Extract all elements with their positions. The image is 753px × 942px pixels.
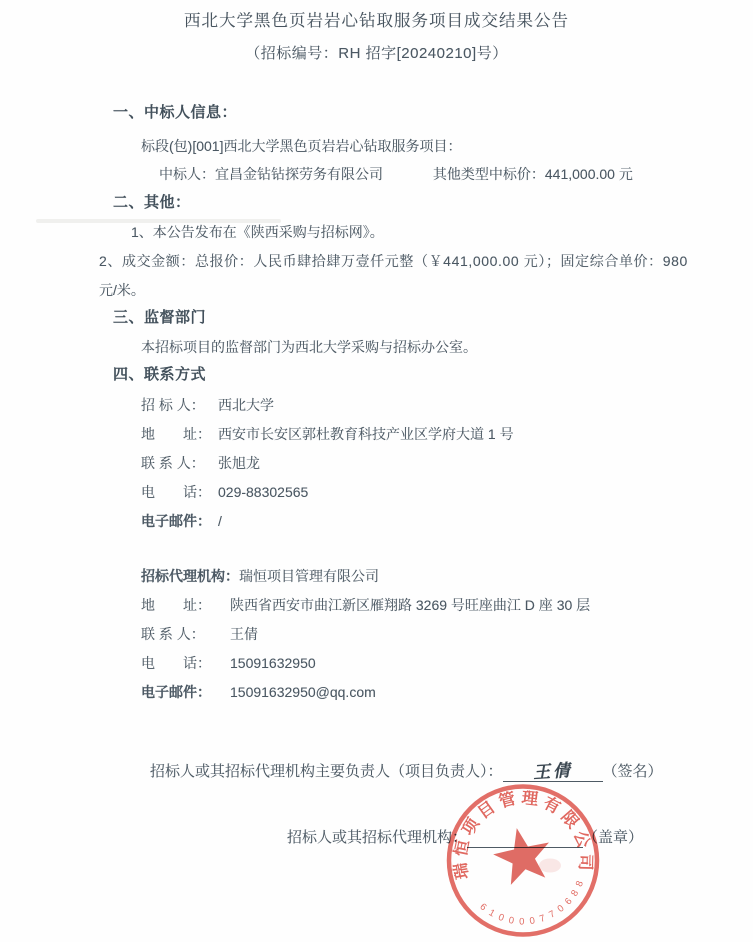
contact-value: 15091632950 (230, 655, 316, 671)
scan-artifact (36, 219, 281, 223)
company-seal: 瑞恒项目管理有限公司 610000770688 (433, 775, 615, 942)
contact-label: 联 系 人： (141, 453, 218, 473)
supervision-body: 本招标项目的监督部门为西北大学采购与招标办公室。 (141, 337, 477, 357)
contact-label: 电 话： (141, 482, 218, 502)
contact-value: 029-88302565 (218, 484, 308, 500)
contact-value: 张旭龙 (218, 455, 260, 471)
contact-label: 地 址： (141, 595, 218, 615)
contact-row-tenderer-person: 联 系 人：张旭龙 (141, 453, 260, 473)
seal-ink-smudge (539, 859, 561, 873)
contact-row-tenderer-name: 招 标 人：西北大学 (141, 395, 274, 415)
winner-line: 中标人：宜昌金钻钻探劳务有限公司 其他类型中标价：441,000.00 元 (159, 164, 633, 184)
other-item-2-line-2: 元/米。 (99, 280, 145, 300)
announcement-document: 西北大学黑色页岩岩心钻取服务项目成交结果公告 （招标编号：RH 招字[20240… (0, 0, 753, 942)
contact-value: / (218, 513, 222, 529)
contact-row-agency-address: 地 址：陕西省西安市曲江新区雁翔路 3269 号旺座曲江 D 座 30 层 (141, 595, 590, 615)
winner-name: 中标人：宜昌金钻钻探劳务有限公司 (159, 166, 383, 182)
winning-price: 其他类型中标价：441,000.00 元 (433, 166, 633, 182)
lot-line: 标段(包)[001]西北大学黑色页岩岩心钻取服务项目： (141, 136, 461, 156)
contact-value: 瑞恒项目管理有限公司 (239, 568, 379, 584)
contact-row-tenderer-address: 地 址：西安市长安区郭杜教育科技产业区学府大道 1 号 (141, 424, 514, 444)
other-item-2-line-1: 2、成交金额：总报价：人民币肆拾肆万壹仟元整（￥441,000.00 元）；固定… (99, 251, 688, 271)
tender-number: （招标编号：RH 招字[20240210]号） (0, 44, 753, 64)
contact-row-tenderer-email: 电子邮件：/ (141, 511, 222, 531)
contact-value: 王倩 (230, 626, 258, 642)
contact-row-agency-email: 电子邮件：15091632950@qq.com (141, 682, 376, 702)
contact-value: 西北大学 (218, 397, 274, 413)
section-heading-other: 二、其他： (113, 193, 191, 213)
section-heading-winner-info: 一、中标人信息： (113, 103, 237, 123)
contact-value: 陕西省西安市曲江新区雁翔路 3269 号旺座曲江 D 座 30 层 (230, 597, 590, 613)
other-item-1: 1、本公告发布在《陕西采购与招标网》。 (131, 222, 384, 242)
contact-row-agency-person: 联 系 人：王倩 (141, 624, 258, 644)
contact-label: 招 标 人： (141, 395, 218, 415)
contact-label: 地 址： (141, 424, 218, 444)
star-icon (489, 822, 556, 887)
contact-value: 15091632950@qq.com (230, 684, 376, 700)
contact-label: 电子邮件： (141, 511, 218, 531)
contact-label: 联 系 人： (141, 624, 218, 644)
section-heading-supervision: 三、监督部门 (113, 308, 206, 328)
contact-row-agency-name: 招标代理机构：瑞恒项目管理有限公司 (141, 566, 379, 586)
contact-value: 西安市长安区郭杜教育科技产业区学府大道 1 号 (218, 426, 514, 442)
page-title: 西北大学黑色页岩岩心钻取服务项目成交结果公告 (0, 11, 753, 31)
contact-row-tenderer-phone: 电 话：029-88302565 (141, 482, 308, 502)
section-heading-contact: 四、联系方式 (113, 365, 206, 385)
contact-row-agency-phone: 电 话：15091632950 (141, 653, 316, 673)
contact-label: 电子邮件： (141, 682, 218, 702)
contact-label: 电 话： (141, 653, 218, 673)
contact-label: 招标代理机构： (141, 568, 239, 584)
